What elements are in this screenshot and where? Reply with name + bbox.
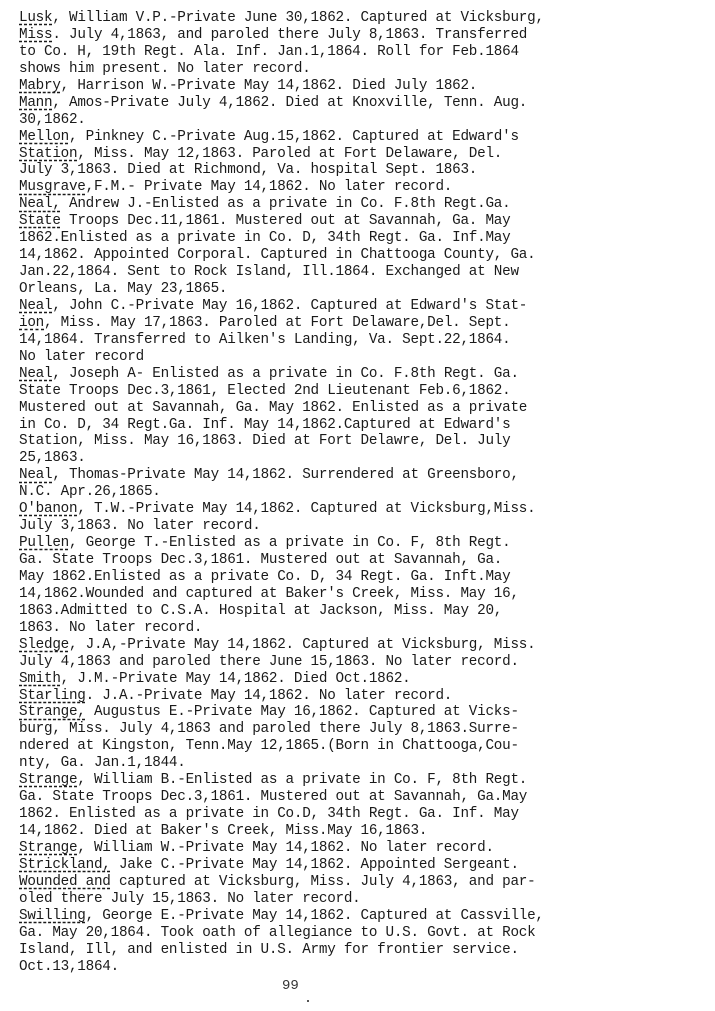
line-text: , J.A,-Private May 14,1862. Captured at … — [69, 637, 535, 653]
text-line: to Co. H, 19th Regt. Ala. Inf. Jan.1,186… — [19, 44, 709, 61]
line-text: 14,1862.Wounded and captured at Baker's … — [19, 586, 519, 602]
underlined-name: Strange — [19, 840, 77, 856]
text-line: oled there July 15,1863. No later record… — [19, 891, 709, 908]
document-page: Lusk, William V.P.-Private June 30,1862.… — [19, 10, 709, 975]
text-line: 14,1864. Transferred to Ailken's Landing… — [19, 332, 709, 349]
line-text: . J.A.-Private May 14,1862. No later rec… — [86, 688, 453, 704]
text-line: Miss. July 4,1863, and paroled there Jul… — [19, 27, 709, 44]
underlined-name: O'banon — [19, 501, 77, 517]
line-text: No later record — [19, 349, 144, 365]
text-line: N.C. Apr.26,1865. — [19, 484, 709, 501]
line-text: 14,1862. Died at Baker's Creek, Miss.May… — [19, 823, 427, 839]
line-text: Ga. State Troops Dec.3,1861. Mustered ou… — [19, 789, 527, 805]
underlined-name: Neal, — [19, 196, 61, 212]
text-line: Starling. J.A.-Private May 14,1862. No l… — [19, 688, 709, 705]
text-line: Strange, Augustus E.-Private May 16,1862… — [19, 704, 709, 721]
text-line: 1862.Enlisted as a private in Co. D, 34t… — [19, 230, 709, 247]
text-line: shows him present. No later record. — [19, 61, 709, 78]
text-line: O'banon, T.W.-Private May 14,1862. Captu… — [19, 501, 709, 518]
line-text: Oct.13,1864. — [19, 959, 119, 975]
underlined-name: Mabry — [19, 78, 61, 94]
text-line: 1863.Admitted to C.S.A. Hospital at Jack… — [19, 603, 709, 620]
line-text: Orleans, La. May 23,1865. — [19, 281, 227, 297]
text-line: Neal, John C.-Private May 16,1862. Captu… — [19, 298, 709, 315]
text-line: No later record — [19, 349, 709, 366]
text-line: Ga. State Troops Dec.3,1861. Mustered ou… — [19, 552, 709, 569]
underlined-name: Sledge — [19, 637, 69, 653]
line-text: captured at Vicksburg, Miss. July 4,1863… — [111, 874, 536, 890]
line-text: burg, Miss. July 4,1863 and paroled ther… — [19, 721, 519, 737]
line-text: Ga. May 20,1864. Took oath of allegiance… — [19, 925, 535, 941]
line-text: 14,1862. Appointed Corporal. Captured in… — [19, 247, 535, 263]
underlined-name: Strange — [19, 772, 77, 788]
line-text: Troops Dec.11,1861. Mustered out at Sava… — [61, 213, 511, 229]
text-line: July 3,1863. No later record. — [19, 518, 709, 535]
underlined-name: Starling — [19, 688, 86, 704]
line-text: 30,1862. — [19, 112, 86, 128]
line-text: Augustus E.-Private May 16,1862. Capture… — [86, 704, 519, 720]
text-line: Neal, Joseph A- Enlisted as a private in… — [19, 366, 709, 383]
text-line: 1863. No later record. — [19, 620, 709, 637]
underlined-name: ion — [19, 315, 44, 331]
text-line: Island, Ill, and enlisted in U.S. Army f… — [19, 942, 709, 959]
line-text: , George T.-Enlisted as a private in Co.… — [69, 535, 510, 551]
text-line: 14,1862.Wounded and captured at Baker's … — [19, 586, 709, 603]
text-line: Mellon, Pinkney C.-Private Aug.15,1862. … — [19, 129, 709, 146]
text-line: Neal, Thomas-Private May 14,1862. Surren… — [19, 467, 709, 484]
scan-speck — [307, 1000, 309, 1002]
text-line: 14,1862. Appointed Corporal. Captured in… — [19, 247, 709, 264]
underlined-name: Musgrave — [19, 179, 86, 195]
line-text: , T.W.-Private May 14,1862. Captured at … — [77, 501, 535, 517]
underlined-name: Mann — [19, 95, 52, 111]
underlined-name: Neal — [19, 467, 52, 483]
text-line: Neal, Andrew J.-Enlisted as a private in… — [19, 196, 709, 213]
line-text: Mustered out at Savannah, Ga. May 1862. … — [19, 400, 527, 416]
text-line: Ga. State Troops Dec.3,1861. Mustered ou… — [19, 789, 709, 806]
line-text: 1863. No later record. — [19, 620, 202, 636]
text-line: 25,1863. — [19, 450, 709, 467]
text-line: Station, Miss. May 12,1863. Paroled at F… — [19, 146, 709, 163]
line-text: shows him present. No later record. — [19, 61, 311, 77]
underlined-name: Strange, — [19, 704, 86, 720]
line-text: in Co. D, 34 Regt.Ga. Inf. May 14,1862.C… — [19, 417, 510, 433]
underlined-name: Station — [19, 146, 77, 162]
text-line: State Troops Dec.11,1861. Mustered out a… — [19, 213, 709, 230]
text-line: in Co. D, 34 Regt.Ga. Inf. May 14,1862.C… — [19, 417, 709, 434]
line-text: . July 4,1863, and paroled there July 8,… — [52, 27, 527, 43]
line-text: N.C. Apr.26,1865. — [19, 484, 161, 500]
line-text: , Harrison W.-Private May 14,1862. Died … — [61, 78, 477, 94]
line-text: to Co. H, 19th Regt. Ala. Inf. Jan.1,186… — [19, 44, 519, 60]
line-text: 1862. Enlisted as a private in Co.D, 34t… — [19, 806, 519, 822]
underlined-name: Pullen — [19, 535, 69, 551]
underlined-name: Mellon — [19, 129, 69, 145]
line-text: ,F.M.- Private May 14,1862. No later rec… — [86, 179, 453, 195]
text-line: Mann, Amos-Private July 4,1862. Died at … — [19, 95, 709, 112]
line-text: 25,1863. — [19, 450, 86, 466]
line-text: nty, Ga. Jan.1,1844. — [19, 755, 186, 771]
text-line: Orleans, La. May 23,1865. — [19, 281, 709, 298]
text-line: Station, Miss. May 16,1863. Died at Fort… — [19, 433, 709, 450]
underlined-name: Neal — [19, 298, 52, 314]
line-text: 14,1864. Transferred to Ailken's Landing… — [19, 332, 510, 348]
text-line: Lusk, William V.P.-Private June 30,1862.… — [19, 10, 709, 27]
line-text: , Thomas-Private May 14,1862. Surrendere… — [52, 467, 518, 483]
line-text: , Joseph A- Enlisted as a private in Co.… — [52, 366, 518, 382]
underlined-name: Smith — [19, 671, 61, 687]
text-line: Smith, J.M.-Private May 14,1862. Died Oc… — [19, 671, 709, 688]
text-line: ion, Miss. May 17,1863. Paroled at Fort … — [19, 315, 709, 332]
text-line: Oct.13,1864. — [19, 959, 709, 976]
line-text: Station, Miss. May 16,1863. Died at Fort… — [19, 433, 510, 449]
line-text: Jan.22,1864. Sent to Rock Island, Ill.18… — [19, 264, 519, 280]
line-text: , William B.-Enlisted as a private in Co… — [77, 772, 527, 788]
line-text: July 3,1863. No later record. — [19, 518, 261, 534]
line-text: 1863.Admitted to C.S.A. Hospital at Jack… — [19, 603, 502, 619]
underlined-name: Lusk — [19, 10, 52, 26]
page-number: 99 — [282, 978, 299, 994]
line-text: May 1862.Enlisted as a private Co. D, 34… — [19, 569, 510, 585]
underlined-name: Swilling — [19, 908, 86, 924]
text-line: May 1862.Enlisted as a private Co. D, 34… — [19, 569, 709, 586]
line-text: , Miss. May 12,1863. Paroled at Fort Del… — [77, 146, 502, 162]
text-line: July 3,1863. Died at Richmond, Va. hospi… — [19, 162, 709, 179]
text-line: Mustered out at Savannah, Ga. May 1862. … — [19, 400, 709, 417]
text-line: 1862. Enlisted as a private in Co.D, 34t… — [19, 806, 709, 823]
underlined-name: Miss — [19, 27, 52, 43]
line-text: , Pinkney C.-Private Aug.15,1862. Captur… — [69, 129, 519, 145]
line-text: ndered at Kingston, Tenn.May 12,1865.(Bo… — [19, 738, 519, 754]
text-line: 14,1862. Died at Baker's Creek, Miss.May… — [19, 823, 709, 840]
text-line: Wounded and captured at Vicksburg, Miss.… — [19, 874, 709, 891]
line-text: July 3,1863. Died at Richmond, Va. hospi… — [19, 162, 477, 178]
underlined-name: Strickland, — [19, 857, 111, 873]
text-line: burg, Miss. July 4,1863 and paroled ther… — [19, 721, 709, 738]
text-line: State Troops Dec.3,1861, Elected 2nd Lie… — [19, 383, 709, 400]
text-line: Strange, William B.-Enlisted as a privat… — [19, 772, 709, 789]
line-text: , George E.-Private May 14,1862. Capture… — [86, 908, 544, 924]
line-text: , Amos-Private July 4,1862. Died at Knox… — [52, 95, 527, 111]
text-line: Ga. May 20,1864. Took oath of allegiance… — [19, 925, 709, 942]
text-line: Pullen, George T.-Enlisted as a private … — [19, 535, 709, 552]
line-text: State Troops Dec.3,1861, Elected 2nd Lie… — [19, 383, 510, 399]
line-text: , Miss. May 17,1863. Paroled at Fort Del… — [44, 315, 510, 331]
text-line: Strange, William W.-Private May 14,1862.… — [19, 840, 709, 857]
text-line: ndered at Kingston, Tenn.May 12,1865.(Bo… — [19, 738, 709, 755]
text-line: Jan.22,1864. Sent to Rock Island, Ill.18… — [19, 264, 709, 281]
text-line: nty, Ga. Jan.1,1844. — [19, 755, 709, 772]
line-text: , J.M.-Private May 14,1862. Died Oct.186… — [61, 671, 411, 687]
line-text: , William W.-Private May 14,1862. No lat… — [77, 840, 493, 856]
line-text: Andrew J.-Enlisted as a private in Co. F… — [61, 196, 511, 212]
line-text: oled there July 15,1863. No later record… — [19, 891, 361, 907]
line-text: Ga. State Troops Dec.3,1861. Mustered ou… — [19, 552, 502, 568]
line-text: July 4,1863 and paroled there June 15,18… — [19, 654, 519, 670]
underlined-name: Neal — [19, 366, 52, 382]
text-line: Strickland, Jake C.-Private May 14,1862.… — [19, 857, 709, 874]
text-line: Mabry, Harrison W.-Private May 14,1862. … — [19, 78, 709, 95]
line-text: , William V.P.-Private June 30,1862. Cap… — [52, 10, 543, 26]
text-line: Musgrave,F.M.- Private May 14,1862. No l… — [19, 179, 709, 196]
line-text: Jake C.-Private May 14,1862. Appointed S… — [111, 857, 519, 873]
underlined-name: Wounded and — [19, 874, 111, 890]
underlined-name: State — [19, 213, 61, 229]
text-line: July 4,1863 and paroled there June 15,18… — [19, 654, 709, 671]
text-line: Swilling, George E.-Private May 14,1862.… — [19, 908, 709, 925]
line-text: , John C.-Private May 16,1862. Captured … — [52, 298, 527, 314]
line-text: Island, Ill, and enlisted in U.S. Army f… — [19, 942, 519, 958]
line-text: 1862.Enlisted as a private in Co. D, 34t… — [19, 230, 510, 246]
text-line: Sledge, J.A,-Private May 14,1862. Captur… — [19, 637, 709, 654]
text-line: 30,1862. — [19, 112, 709, 129]
